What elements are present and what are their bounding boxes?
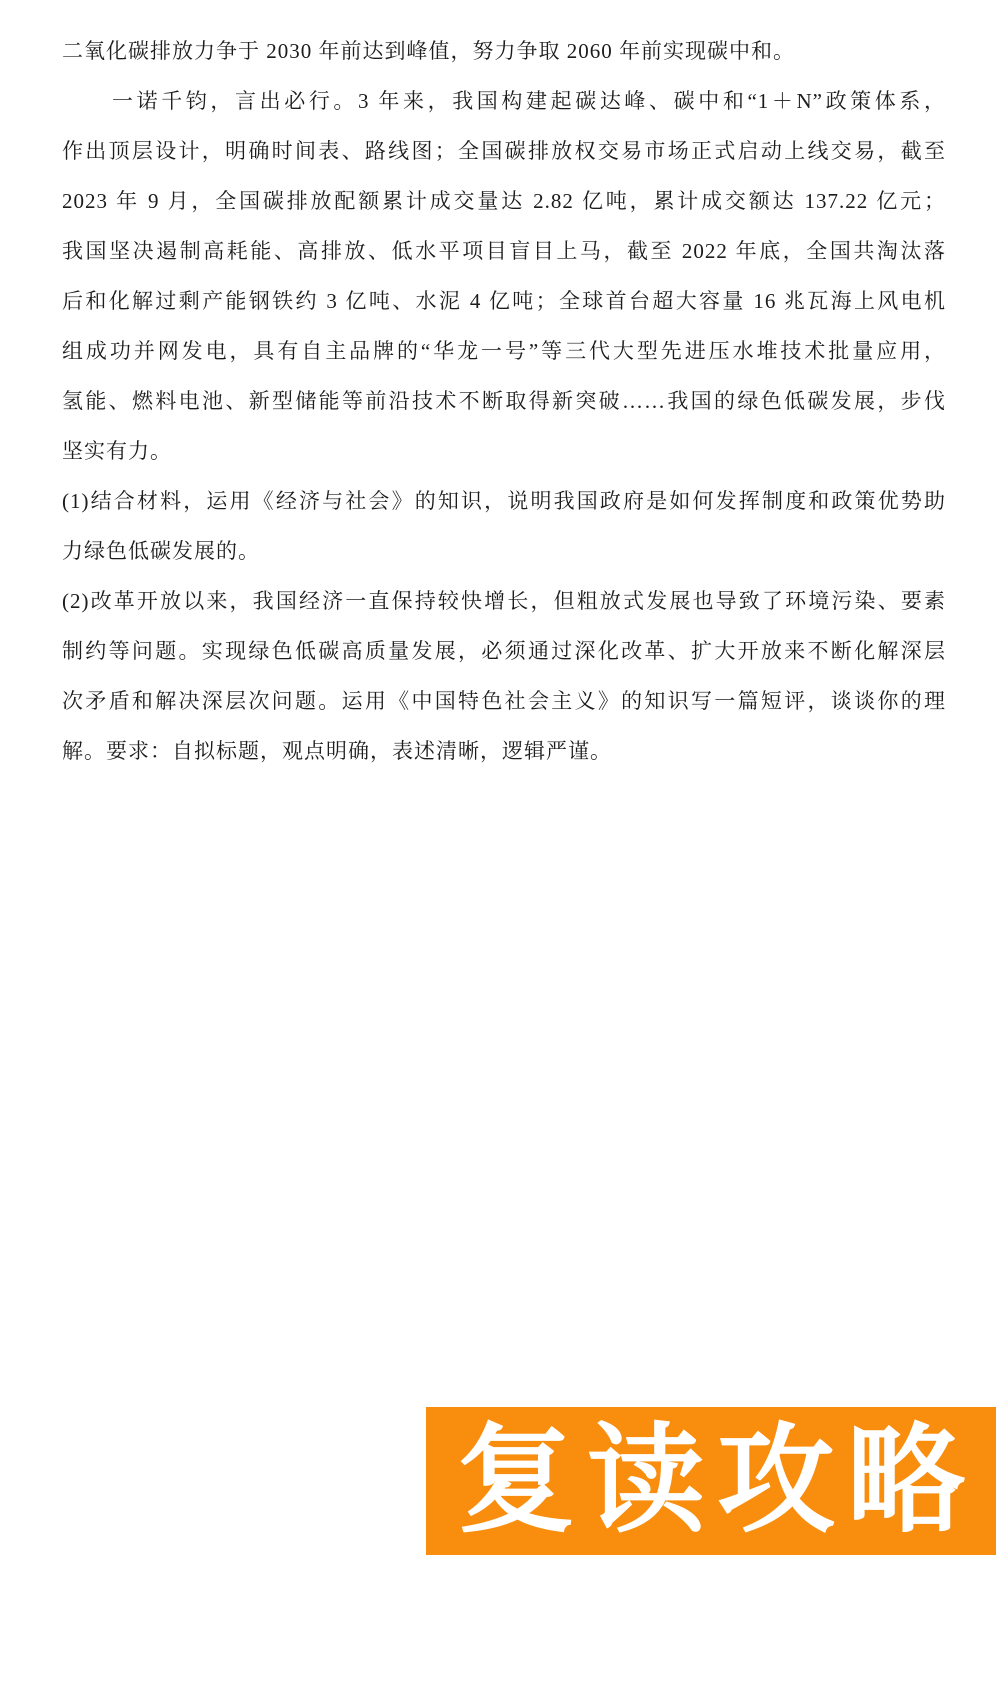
question-1-line: (1)结合材料，运用《经济与社会》的知识，说明我国政府是如何发挥制度和政策优势助: [62, 476, 946, 526]
document-page: 二氧化碳排放力争于 2030 年前达到峰值，努力争取 2060 年前实现碳中和。…: [62, 26, 946, 776]
promo-banner: 复读攻略: [426, 1407, 996, 1555]
text-line: 2023 年 9 月，全国碳排放配额累计成交量达 2.82 亿吨，累计成交额达 …: [62, 176, 946, 226]
question-2-line: 制约等问题。实现绿色低碳高质量发展，必须通过深化改革、扩大开放来不断化解深层: [62, 626, 946, 676]
text-line: 坚实有力。: [62, 426, 946, 476]
text-line: 后和化解过剩产能钢铁约 3 亿吨、水泥 4 亿吨；全球首台超大容量 16 兆瓦海…: [62, 276, 946, 326]
text-line: 二氧化碳排放力争于 2030 年前达到峰值，努力争取 2060 年前实现碳中和。: [62, 26, 946, 76]
text-line: 我国坚决遏制高耗能、高排放、低水平项目盲目上马，截至 2022 年底，全国共淘汰…: [62, 226, 946, 276]
text-line: 氢能、燃料电池、新型储能等前沿技术不断取得新突破……我国的绿色低碳发展，步伐: [62, 376, 946, 426]
question-2-line: (2)改革开放以来，我国经济一直保持较快增长，但粗放式发展也导致了环境污染、要素: [62, 576, 946, 626]
text-line: 一诺千钧，言出必行。3 年来，我国构建起碳达峰、碳中和“1＋N”政策体系，: [62, 76, 946, 126]
text-line: 作出顶层设计，明确时间表、路线图；全国碳排放权交易市场正式启动上线交易，截至: [62, 126, 946, 176]
text-line: 组成功并网发电，具有自主品牌的“华龙一号”等三代大型先进压水堆技术批量应用，: [62, 326, 946, 376]
question-2-line: 次矛盾和解决深层次问题。运用《中国特色社会主义》的知识写一篇短评，谈谈你的理: [62, 676, 946, 726]
question-1-line: 力绿色低碳发展的。: [62, 526, 946, 576]
promo-banner-label: 复读攻略: [457, 1422, 977, 1540]
question-2-line: 解。要求：自拟标题，观点明确，表述清晰，逻辑严谨。: [62, 726, 946, 776]
